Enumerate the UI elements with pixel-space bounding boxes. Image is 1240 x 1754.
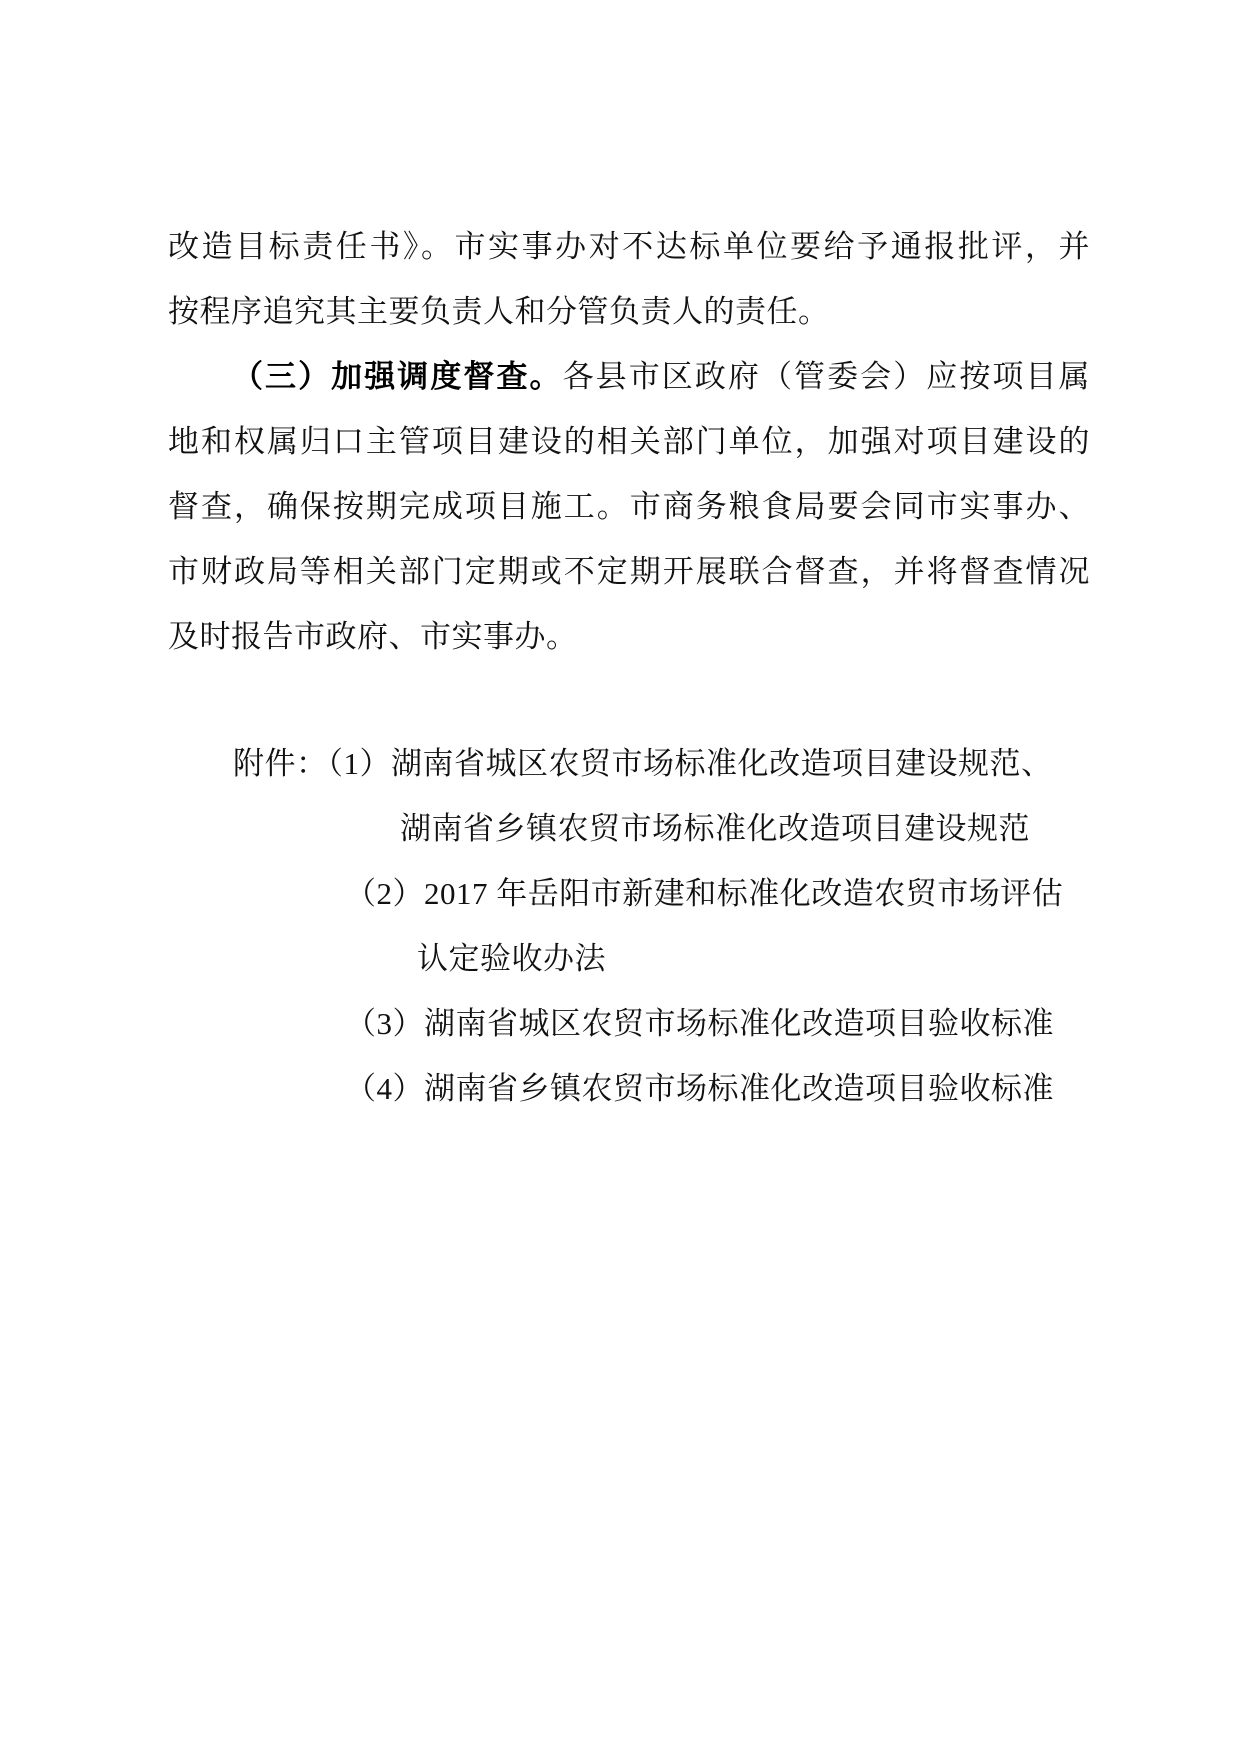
- attachment-item-number: （3）: [345, 1006, 424, 1041]
- attachment-line-6: （4）湖南省乡镇农贸市场标准化改造项目验收标准: [345, 1056, 1090, 1121]
- section-heading: （三）加强调度督查。: [232, 359, 563, 394]
- attachment-line-4: 认定验收办法: [417, 926, 1090, 991]
- body-line: 按程序追究其主要负责人和分管负责人的责任。: [168, 279, 1090, 344]
- attachment-item-number: （4）: [345, 1071, 424, 1106]
- body-line: 及时报告市政府、市实事办。: [168, 604, 1090, 669]
- attachment-item-text: 湖南省城区农贸市场标准化改造项目建设规范、: [391, 746, 1053, 781]
- attachment-line-2: 湖南省乡镇农贸市场标准化改造项目建设规范: [400, 796, 1090, 861]
- body-line: 市财政局等相关部门定期或不定期开展联合督查，并将督查情况: [168, 539, 1090, 604]
- body-line: （三）加强调度督查。各县市区政府（管委会）应按项目属: [168, 344, 1090, 409]
- attachment-line-5: （3）湖南省城区农贸市场标准化改造项目验收标准: [345, 991, 1090, 1056]
- document-body: 改造目标责任书》。市实事办对不达标单位要给予通报批评，并 按程序追究其主要负责人…: [168, 214, 1090, 1121]
- attachment-item-text: 湖南省乡镇农贸市场标准化改造项目验收标准: [424, 1071, 1054, 1106]
- body-line: 改造目标责任书》。市实事办对不达标单位要给予通报批评，并: [168, 214, 1090, 279]
- attachment-item-text: 2017 年岳阳市新建和标准化改造农贸市场评估: [424, 876, 1063, 911]
- attachment-item-text: 认定验收办法: [417, 941, 606, 976]
- paragraph-continuation: 改造目标责任书》。市实事办对不达标单位要给予通报批评，并 按程序追究其主要负责人…: [168, 214, 1090, 344]
- attachment-item-text: 湖南省城区农贸市场标准化改造项目验收标准: [424, 1006, 1054, 1041]
- paragraph-section-3: （三）加强调度督查。各县市区政府（管委会）应按项目属 地和权属归口主管项目建设的…: [168, 344, 1090, 669]
- attachment-block: 附件：（1）湖南省城区农贸市场标准化改造项目建设规范、 湖南省乡镇农贸市场标准化…: [168, 731, 1090, 1121]
- body-line: 地和权属归口主管项目建设的相关部门单位，加强对项目建设的: [168, 409, 1090, 474]
- attachment-item-number: （2）: [345, 876, 424, 911]
- attachment-line-1: 附件：（1）湖南省城区农贸市场标准化改造项目建设规范、: [233, 731, 1090, 796]
- attachment-item-text: 湖南省乡镇农贸市场标准化改造项目建设规范: [400, 811, 1030, 846]
- body-line: 督查，确保按期完成项目施工。市商务粮食局要会同市实事办、: [168, 474, 1090, 539]
- attachment-item-number: （1）: [328, 746, 392, 781]
- attachment-label: 附件：: [233, 746, 328, 781]
- document-page: 改造目标责任书》。市实事办对不达标单位要给予通报批评，并 按程序追究其主要负责人…: [0, 0, 1240, 1754]
- body-text-segment: 各县市区政府（管委会）应按项目属: [563, 359, 1090, 394]
- attachment-line-3: （2）2017 年岳阳市新建和标准化改造农贸市场评估: [345, 861, 1090, 926]
